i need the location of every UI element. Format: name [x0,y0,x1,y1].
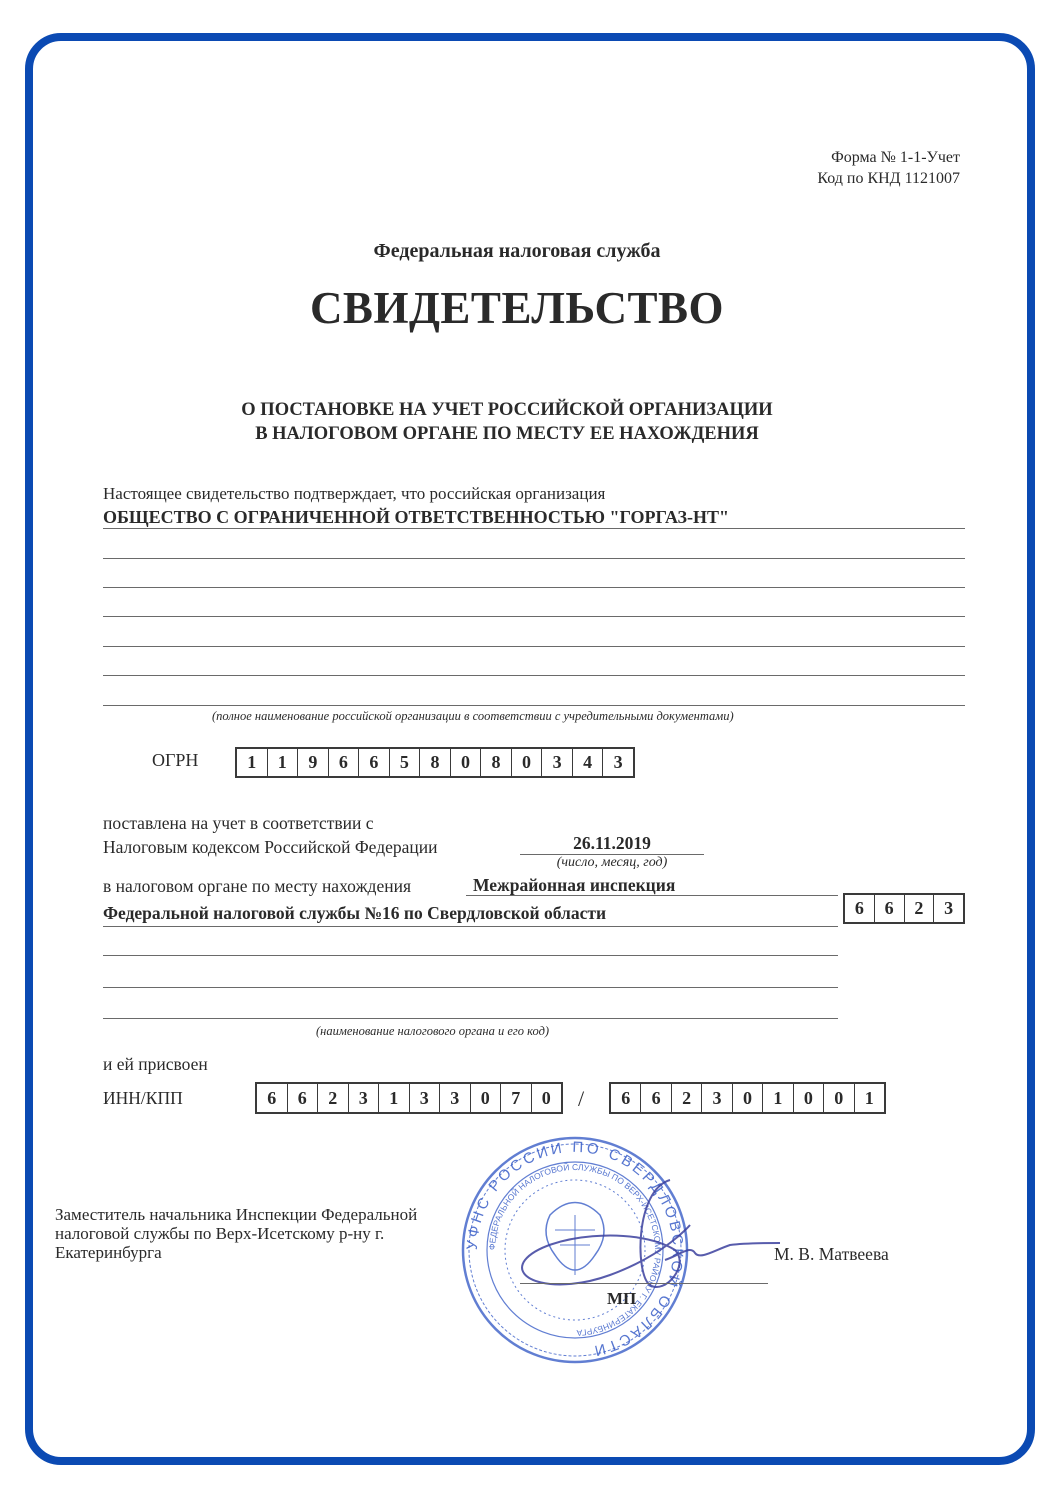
subtitle-line-2: В НАЛОГОВОМ ОРГАНЕ ПО МЕСТУ ЕЕ НАХОЖДЕНИ… [0,422,1014,446]
digit-cell: 1 [763,1084,793,1112]
digit-cell: 3 [934,895,963,922]
digit-cell: 6 [288,1084,319,1112]
org-line-5 [103,646,965,647]
authority-line-1 [466,895,838,896]
digit-cell: 0 [794,1084,824,1112]
digit-cell: 6 [875,895,905,922]
digit-cell: 0 [451,749,482,776]
signer-position: Заместитель начальника Инспекции Федерал… [55,1205,495,1262]
authority-code-boxes: 6623 [843,893,965,924]
org-line-3 [103,587,965,588]
inn-kpp-label: ИНН/КПП [103,1088,183,1109]
signature-line [520,1283,768,1284]
digit-cell: 7 [501,1084,532,1112]
digit-cell: 6 [845,895,875,922]
digit-cell: 6 [257,1084,288,1112]
digit-cell: 3 [542,749,573,776]
handwritten-signature-icon [515,1165,785,1305]
registration-date: 26.11.2019 [520,833,704,854]
authority-line-4 [103,987,838,988]
subtitle-line-1: О ПОСТАНОВКЕ НА УЧЕТ РОССИЙСКОЙ ОРГАНИЗА… [0,398,1014,422]
authority-line-2 [103,926,838,927]
kpp-digit-boxes: 662301001 [609,1082,886,1114]
authority-intro: в налоговом органе по месту нахождения [103,876,411,897]
digit-cell: 8 [420,749,451,776]
digit-cell: 1 [855,1084,884,1112]
seal-label: МП [607,1289,636,1309]
ogrn-digit-boxes: 1196658080343 [235,747,635,778]
digit-cell: 3 [702,1084,732,1112]
organization-name: ОБЩЕСТВО С ОГРАНИЧЕННОЙ ОТВЕТСТВЕННОСТЬЮ… [103,507,729,528]
digit-cell: 0 [733,1084,763,1112]
form-number: Форма № 1-1-Учет [817,147,960,168]
certification-intro: Настоящее свидетельство подтверждает, чт… [103,484,605,504]
digit-cell: 0 [471,1084,502,1112]
inn-digit-boxes: 6623133070 [255,1082,563,1114]
registration-line-1: поставлена на учет в соответствии с [103,813,374,834]
org-line-1 [103,528,965,529]
digit-cell: 5 [390,749,421,776]
authority-line-5 [103,1018,838,1019]
document-title: СВИДЕТЕЛЬСТВО [0,282,1034,334]
organization-caption: (полное наименование российской организа… [212,709,734,724]
org-line-4 [103,616,965,617]
digit-cell: 1 [379,1084,410,1112]
digit-cell: 8 [481,749,512,776]
authority-line-3 [103,955,838,956]
digit-cell: 6 [329,749,360,776]
agency-name: Федеральная налоговая служба [0,240,1034,263]
authority-caption: (наименование налогового органа и его ко… [316,1024,549,1039]
digit-cell: 2 [672,1084,702,1112]
org-line-6 [103,675,965,676]
digit-cell: 6 [359,749,390,776]
digit-cell: 6 [641,1084,671,1112]
digit-cell: 3 [410,1084,441,1112]
digit-cell: 3 [603,749,633,776]
digit-cell: 4 [573,749,604,776]
assigned-intro: и ей присвоен [103,1054,208,1075]
signer-name: М. В. Матвеева [774,1244,889,1265]
authority-name-line-1: Межрайонная инспекция [473,875,675,896]
digit-cell: 9 [298,749,329,776]
digit-cell: 2 [318,1084,349,1112]
digit-cell: 3 [349,1084,380,1112]
digit-cell: 0 [512,749,543,776]
org-line-2 [103,558,965,559]
ogrn-label: ОГРН [152,750,198,771]
knd-code: Код по КНД 1121007 [817,168,960,189]
digit-cell: 0 [824,1084,854,1112]
digit-cell: 3 [440,1084,471,1112]
date-caption: (число, месяц, год) [520,855,704,871]
document-subtitle: О ПОСТАНОВКЕ НА УЧЕТ РОССИЙСКОЙ ОРГАНИЗА… [0,398,1014,446]
authority-name-line-2: Федеральной налоговой службы №16 по Свер… [103,903,606,924]
digit-cell: 2 [905,895,935,922]
org-line-7 [103,705,965,706]
digit-cell: 6 [611,1084,641,1112]
digit-cell: 1 [237,749,268,776]
inn-kpp-separator: / [578,1086,584,1112]
digit-cell: 1 [268,749,299,776]
digit-cell: 0 [532,1084,562,1112]
form-identifier: Форма № 1-1-Учет Код по КНД 1121007 [817,147,960,189]
registration-line-2: Налоговым кодексом Российской Федерации [103,837,438,858]
